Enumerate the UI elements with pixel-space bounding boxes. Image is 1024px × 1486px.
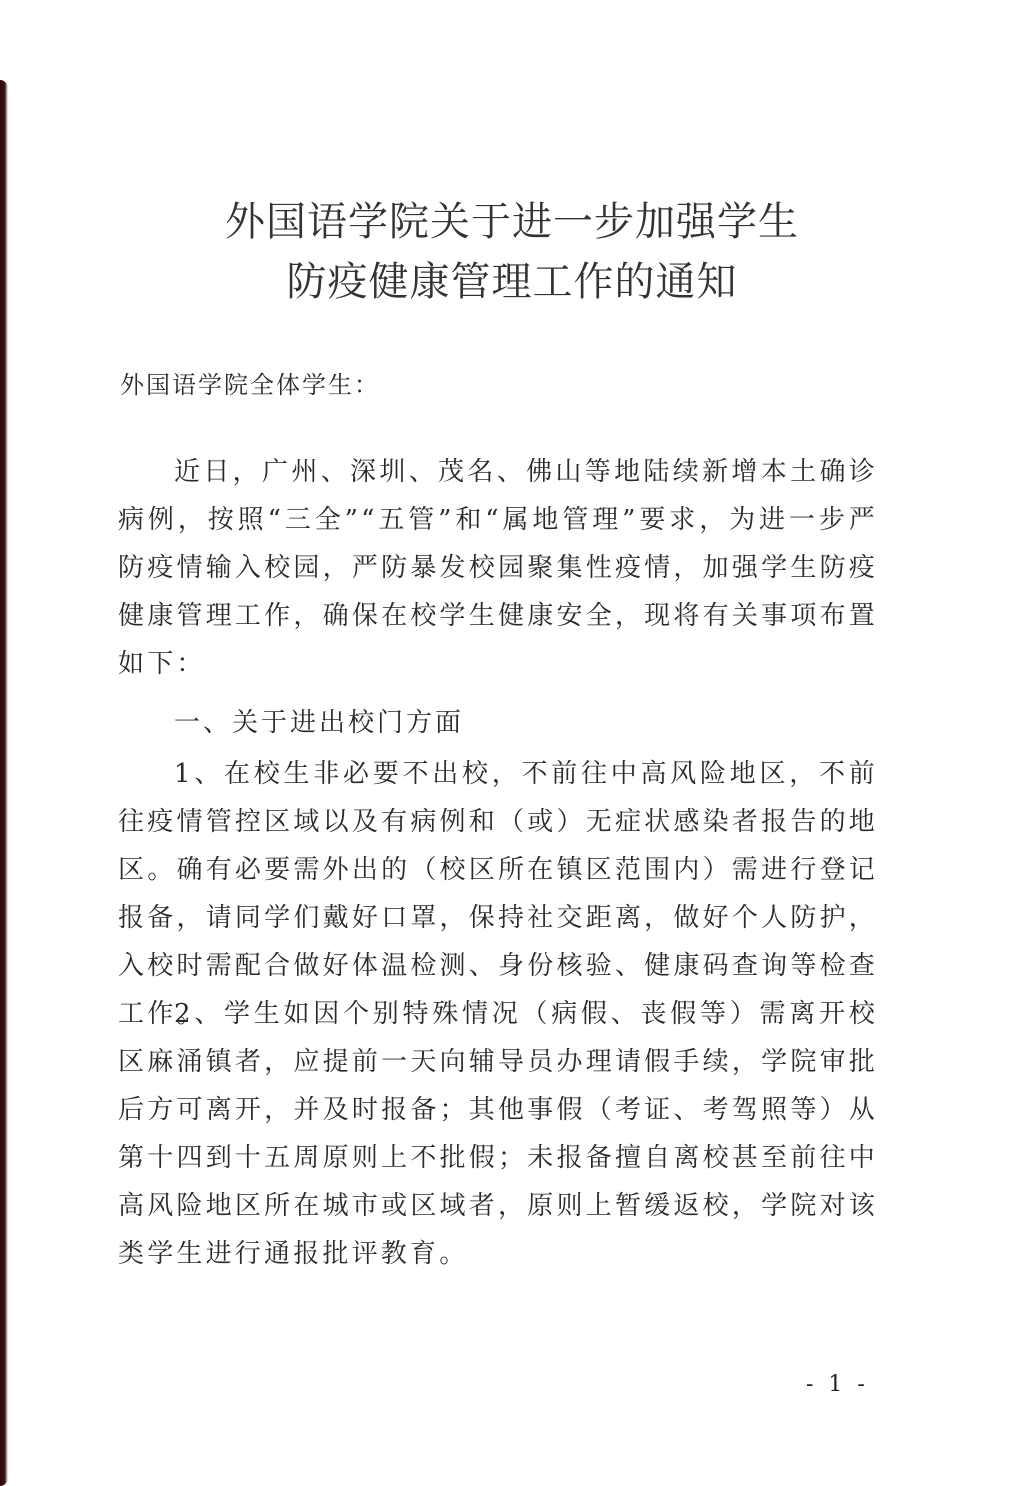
salutation: 外国语学院全体学生： (120, 365, 380, 400)
document-page: 外国语学院关于进一步加强学生 防疫健康管理工作的通知 外国语学院全体学生： 近日… (0, 0, 1024, 1486)
document-title-line-2: 防疫健康管理工作的通知 (0, 250, 1024, 307)
page-number: - 1 - (806, 1372, 869, 1397)
section-heading-entry-exit: 一、关于进出校门方面 (174, 702, 464, 739)
document-title-line-1: 外国语学院关于进一步加强学生 (0, 190, 1024, 247)
intro-paragraph: 近日，广州、深圳、茂名、佛山等地陆续新增本土确诊病例，按照“三全”“五管”和“属… (118, 448, 878, 688)
section-item-2: 2、学生如因个别特殊情况（病假、丧假等）需离开校区麻涌镇者，应提前一天向辅导员办… (118, 990, 878, 1278)
